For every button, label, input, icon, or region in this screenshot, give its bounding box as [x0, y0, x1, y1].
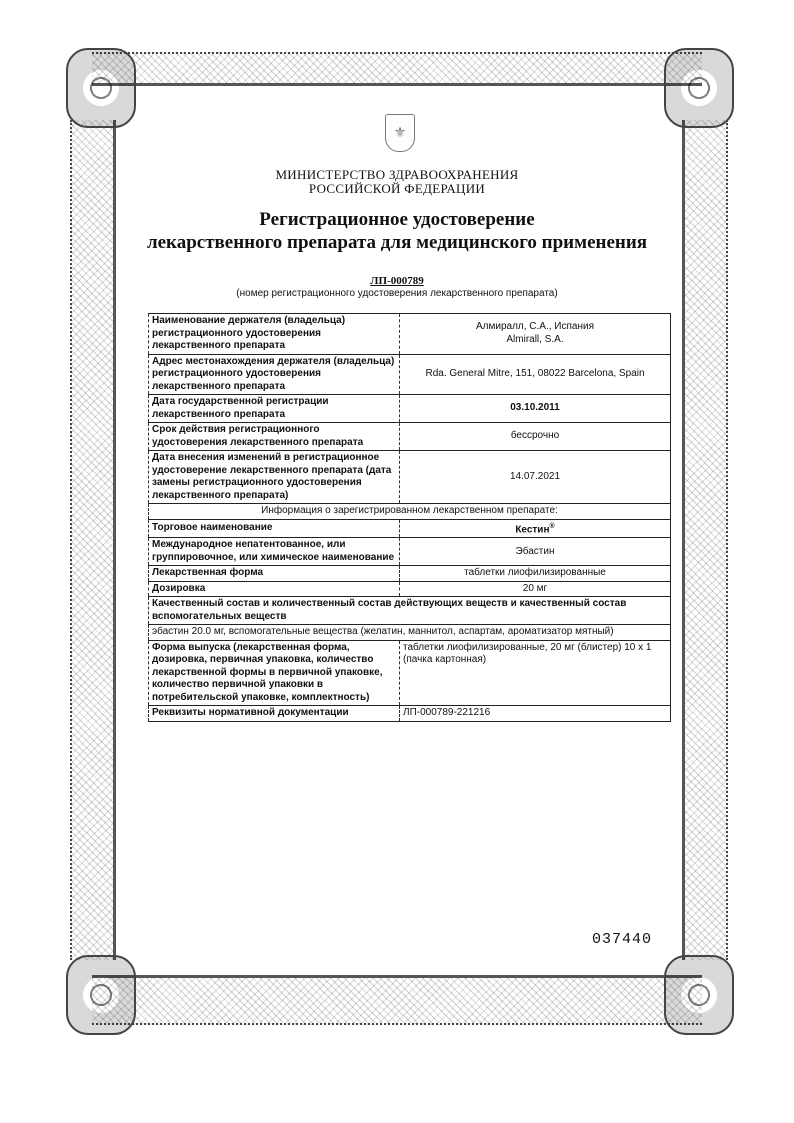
table-row-trade-name: Торговое наименование Кестин®	[149, 519, 671, 538]
dosage-label: Дозировка	[149, 581, 400, 597]
document-title-line1: Регистрационное удостоверение	[0, 209, 794, 231]
table-row-address: Адрес местонахождения держателя (владель…	[149, 354, 671, 395]
table-row-reg-date: Дата государственной регистрации лекарст…	[149, 395, 671, 423]
table-row-inn: Международное непатентованное, или групп…	[149, 538, 671, 566]
address-value: Rda. General Mitre, 151, 08022 Barcelona…	[400, 354, 671, 395]
corner-rosette-icon	[66, 955, 136, 1035]
holder-value-ru: Алмиралл, С.А., Испания	[403, 321, 667, 334]
inn-value: Эбастин	[400, 538, 671, 566]
registered-mark: ®	[550, 523, 555, 530]
table-row-dosage: Дозировка 20 мг	[149, 581, 671, 597]
registration-table: Наименование держателя (владельца) регис…	[148, 313, 671, 722]
form-value: таблетки лиофилизированные	[400, 566, 671, 582]
composition-header: Качественный состав и количественный сос…	[149, 597, 671, 625]
ornamental-border-top	[92, 52, 702, 86]
ministry-name-line2: РОССИЙСКОЙ ФЕДЕРАЦИИ	[0, 182, 794, 196]
dosage-value: 20 мг	[400, 581, 671, 597]
trade-name-value: Кестин®	[400, 519, 671, 538]
table-row-change-date: Дата внесения изменений в регистрационно…	[149, 451, 671, 504]
change-date-label: Дата внесения изменений в регистрационно…	[149, 451, 400, 504]
form-label: Лекарственная форма	[149, 566, 400, 582]
corner-rosette-icon	[66, 48, 136, 128]
release-form-value-line2: (пачка картонная)	[403, 654, 667, 667]
registration-number: ЛП-000789	[0, 275, 794, 287]
trade-name-label: Торговое наименование	[149, 519, 400, 538]
norm-doc-label: Реквизиты нормативной документации	[149, 706, 400, 722]
ministry-name-line1: МИНИСТЕРСТВО ЗДРАВООХРАНЕНИЯ	[0, 168, 794, 182]
holder-value: Алмиралл, С.А., Испания Almirall, S.A.	[400, 314, 671, 355]
release-form-value-line1: таблетки лиофилизированные, 20 мг (блист…	[403, 642, 667, 655]
corner-rosette-icon	[664, 955, 734, 1035]
address-label: Адрес местонахождения держателя (владель…	[149, 354, 400, 395]
release-form-label: Форма выпуска (лекарственная форма, дози…	[149, 640, 400, 706]
inn-label: Международное непатентованное, или групп…	[149, 538, 400, 566]
holder-label: Наименование держателя (владельца) регис…	[149, 314, 400, 355]
norm-doc-value: ЛП-000789-221216	[400, 706, 671, 722]
table-row-norm-doc: Реквизиты нормативной документации ЛП-00…	[149, 706, 671, 722]
table-row-release-form: Форма выпуска (лекарственная форма, дози…	[149, 640, 671, 706]
document-title-line2: лекарственного препарата для медицинског…	[0, 232, 794, 254]
reg-date-label: Дата государственной регистрации лекарст…	[149, 395, 400, 423]
validity-value: бессрочно	[400, 423, 671, 451]
ornamental-border-bottom	[92, 975, 702, 1025]
holder-value-en: Almirall, S.A.	[403, 334, 667, 347]
table-row-composition: эбастин 20.0 мг, вспомогательные веществ…	[149, 625, 671, 641]
validity-label: Срок действия регистрационного удостовер…	[149, 423, 400, 451]
serial-number: 037440	[592, 931, 652, 948]
info-header: Информация о зарегистрированном лекарств…	[149, 504, 671, 520]
table-row-info-header: Информация о зарегистрированном лекарств…	[149, 504, 671, 520]
reg-date-value: 03.10.2011	[400, 395, 671, 423]
table-row-holder: Наименование держателя (владельца) регис…	[149, 314, 671, 355]
table-row-validity: Срок действия регистрационного удостовер…	[149, 423, 671, 451]
trade-name-text: Кестин	[515, 524, 549, 535]
registration-number-caption: (номер регистрационного удостоверения ле…	[0, 288, 794, 299]
composition-value: эбастин 20.0 мг, вспомогательные веществ…	[149, 625, 671, 641]
table-row-form: Лекарственная форма таблетки лиофилизиро…	[149, 566, 671, 582]
coat-of-arms-icon: ⚜	[385, 114, 415, 152]
release-form-value: таблетки лиофилизированные, 20 мг (блист…	[400, 640, 671, 706]
table-row-composition-header: Качественный состав и количественный сос…	[149, 597, 671, 625]
change-date-value: 14.07.2021	[400, 451, 671, 504]
corner-rosette-icon	[664, 48, 734, 128]
